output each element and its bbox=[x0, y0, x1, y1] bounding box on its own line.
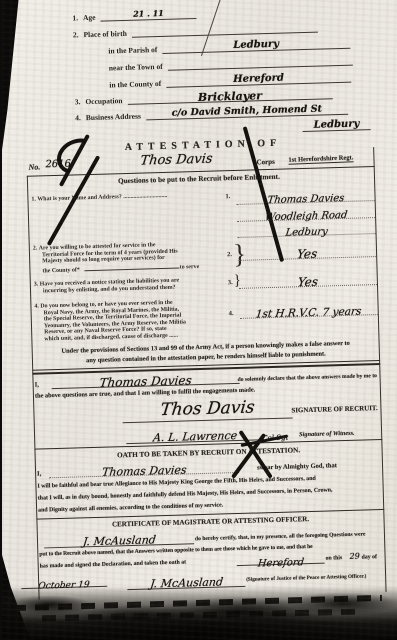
answer-town: Ledbury bbox=[285, 226, 328, 238]
signature-of-recruit-label: SIGNATURE OF RECRUIT. bbox=[291, 405, 377, 414]
recruit-signature-line: Thos Davis bbox=[122, 395, 293, 423]
business-address-value: c/o David Smith, Homend St bbox=[172, 104, 323, 119]
oath-place-line: Hereford bbox=[236, 551, 324, 566]
recruit-signature: Thos Davis bbox=[159, 397, 255, 420]
witness-signature: A. L. Lawrence bbox=[152, 429, 237, 444]
age-value: 21 . 11 bbox=[133, 8, 164, 19]
field-line: Ledbury bbox=[302, 117, 370, 132]
certificate-line-1: do hereby certify, that, in my presence,… bbox=[195, 531, 366, 542]
field-number: 4. bbox=[75, 113, 81, 122]
oath-day: 29 bbox=[349, 552, 359, 561]
form-row-town: near the Town of bbox=[109, 53, 353, 73]
answer-name: Thomas Davies bbox=[267, 193, 345, 206]
field-label: Occupation bbox=[85, 96, 122, 106]
oath-place: Hereford bbox=[257, 557, 304, 569]
q2-county-label: the County of* bbox=[42, 267, 79, 274]
certificate-line-4: on this bbox=[326, 555, 343, 561]
q1-text: What is your Name and Address? .........… bbox=[37, 193, 167, 203]
q3-number: 3. bbox=[34, 282, 39, 288]
field-number: 2. bbox=[73, 30, 79, 39]
field-line bbox=[132, 20, 318, 38]
answer-2-value: Yes bbox=[296, 247, 318, 262]
q2-to-serve: to serve bbox=[180, 264, 200, 271]
certificate-line-5: day of bbox=[362, 554, 377, 560]
form-row-age: 1. Age 21 . 11 bbox=[72, 6, 196, 22]
certificate-line-3: has made and signed the Declaration, and… bbox=[40, 559, 187, 569]
answer-4-value: 1st H.R.V.C. 7 years bbox=[255, 305, 362, 320]
oath-name: Thomas Davies bbox=[101, 463, 187, 478]
declaration-body-1: do solemnly declare that the above answe… bbox=[237, 373, 377, 383]
form-row-place-of-birth: 2. Place of birth bbox=[73, 20, 318, 40]
answer-1-line-2: Woodleigh Road bbox=[237, 204, 375, 222]
field-number: 3. bbox=[75, 97, 81, 106]
answer-2-number: 2. bbox=[227, 251, 232, 258]
oath-name-line: Thomas Davies bbox=[49, 459, 239, 478]
form-row-parish: in the Parish of Ledbury bbox=[108, 36, 350, 56]
oath-body-line-1: I will be faithful and bear true Allegia… bbox=[37, 476, 315, 490]
field-label: in the County of bbox=[109, 79, 161, 89]
oath-body-line-3: and Dignity against all enemies, accordi… bbox=[38, 502, 223, 513]
oath-tail: swear by Almighty God, that bbox=[257, 462, 337, 471]
officer-signature-line: J. McAusland bbox=[44, 528, 194, 548]
answer-1-line-1: Thomas Davies bbox=[236, 187, 374, 205]
answer-3-value: Yes bbox=[297, 275, 319, 290]
box-border-right bbox=[373, 147, 387, 592]
field-number: 1. bbox=[72, 13, 78, 22]
no-label: No. bbox=[28, 162, 40, 171]
scanned-attestation-document: 1. Age 21 . 11 2. Place of birth in the … bbox=[0, 0, 397, 640]
question-2: 2. Are you willing to be attested for se… bbox=[33, 240, 239, 275]
parish-value: Ledbury bbox=[233, 39, 279, 51]
occupation-value: Bricklayer bbox=[198, 89, 262, 104]
field-line: Ledbury bbox=[162, 36, 350, 54]
q4-number: 4. bbox=[34, 303, 39, 309]
form-row-address-town: Ledbury bbox=[297, 117, 370, 132]
field-label: Age bbox=[83, 13, 96, 22]
oath-pre: I, bbox=[37, 470, 41, 477]
county-value: Hereford bbox=[233, 73, 284, 85]
answer-3-number: 3. bbox=[228, 279, 233, 286]
bottom-smudge bbox=[2, 586, 397, 640]
answer-1-number: 1. bbox=[225, 193, 230, 200]
certificate-heading: CERTIFICATE OF MAGISTRATE OR ATTESTING O… bbox=[36, 513, 384, 531]
answer-2-line: Yes bbox=[238, 243, 376, 261]
q1-number: 1. bbox=[31, 197, 36, 203]
recruit-name-header: Thos Davis bbox=[140, 152, 214, 169]
field-label: Business Address bbox=[86, 112, 141, 123]
q2-number: 2. bbox=[33, 246, 38, 252]
address-town-value: Ledbury bbox=[313, 118, 359, 130]
oath-body-line-2: that I will, as in duty bound, honestly … bbox=[38, 487, 333, 501]
field-line: 21 . 11 bbox=[100, 6, 196, 22]
field-label: Place of birth bbox=[83, 29, 127, 39]
signature-of-witness-label: Signature of Witness. bbox=[299, 430, 355, 439]
answer-3-line: Yes bbox=[239, 271, 377, 289]
answer-4-number: 4. bbox=[229, 310, 234, 317]
field-line: Hereford bbox=[166, 70, 351, 88]
field-label: in the Parish of bbox=[108, 45, 157, 55]
corps-value: 1st Herefordshire Regt. bbox=[288, 154, 353, 164]
declaration-pre: I, bbox=[35, 382, 39, 389]
field-line bbox=[167, 53, 352, 71]
question-3: 3. Have you received a notice stating th… bbox=[34, 276, 239, 295]
answer-1-line-3: Ledbury bbox=[237, 220, 375, 238]
question-1: 1. What is your Name and Address? ......… bbox=[31, 191, 236, 203]
answer-4-line: 1st H.R.V.C. 7 years bbox=[239, 301, 377, 319]
corps-label: Corps bbox=[256, 158, 274, 167]
officer-signature: J. McAusland bbox=[82, 533, 156, 548]
document-content: 1. Age 21 . 11 2. Place of birth in the … bbox=[0, 0, 397, 640]
declaration-name: Thomas Davies bbox=[99, 373, 193, 390]
field-label: near the Town of bbox=[109, 62, 163, 72]
county-blank-line bbox=[85, 261, 180, 271]
question-4: 4. Do you now belong to, or have you eve… bbox=[34, 298, 240, 343]
justice-of-the-peace-label: (Signature of Justice of the Peace or At… bbox=[246, 573, 386, 583]
paper: 1. Age 21 . 11 2. Place of birth in the … bbox=[2, 0, 397, 640]
